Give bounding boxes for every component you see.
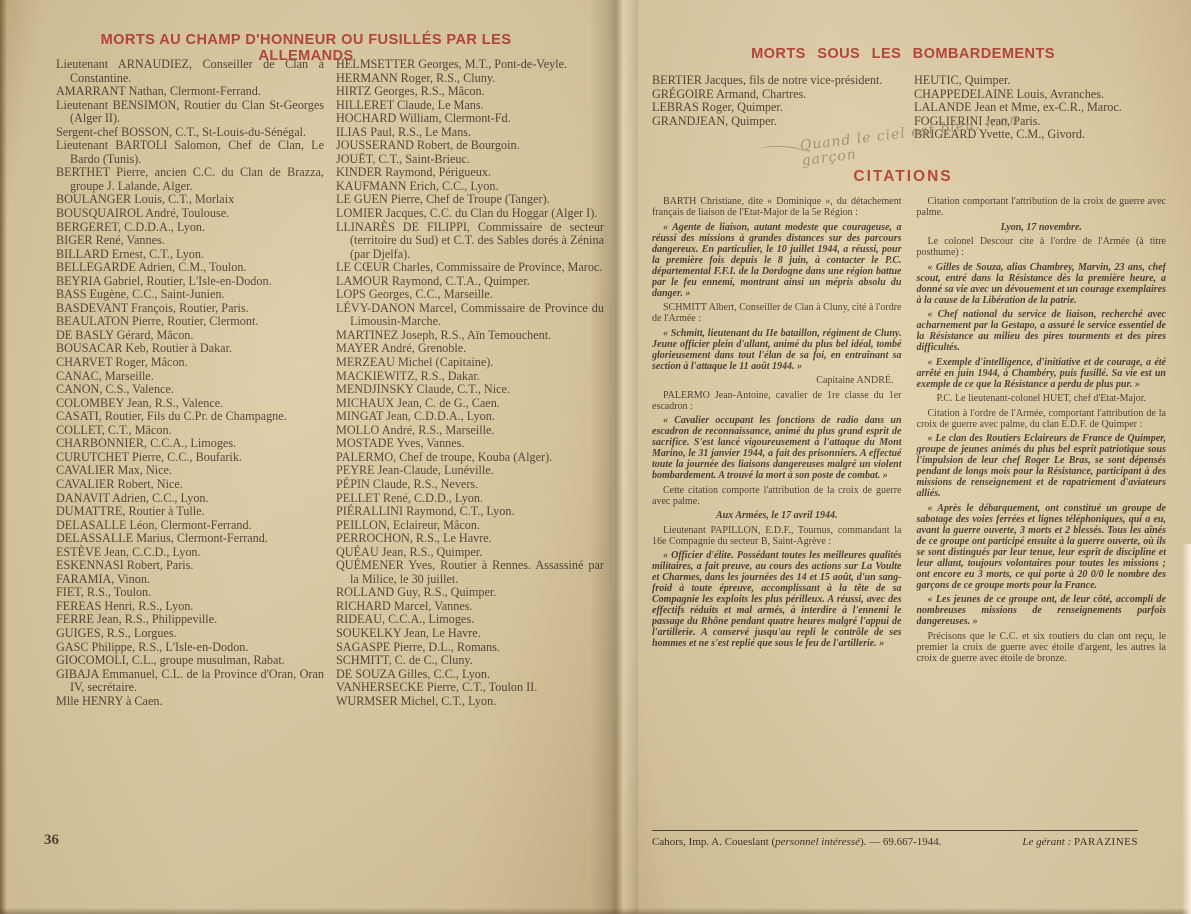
list-item: DE BASLY Gérard, Mâcon. [56,329,324,343]
list-item: Lieutenant BENSIMON, Routier du Clan St-… [56,99,324,126]
list-item: BOUSACAR Keb, Routier à Dakar. [56,342,324,356]
list-item: HELMSETTER Georges, M.T., Pont-de-Veyle. [336,58,604,72]
list-item: CAVALIER Robert, Nice. [56,478,324,492]
citation-paragraph: Précisons que le C.C. et six routiers du… [917,631,1167,664]
citation-paragraph: Capitaine ANDRÉ. [652,375,902,386]
list-item: ESTÈVE Jean, C.C.D., Lyon. [56,546,324,560]
list-item: PEYRE Jean-Claude, Lunéville. [336,464,604,478]
list-item: FIET, R.S., Toulon. [56,586,324,600]
manager-text: Le gérant : PARAZINES [1022,836,1138,848]
list-item: QUÉAU Jean, R.S., Quimper. [336,546,604,560]
citation-paragraph: « Schmitt, lieutenant du IIe bataillon, … [652,328,902,372]
scan-edge-bottom [0,908,1191,914]
memorial-column-2: HELMSETTER Georges, M.T., Pont-de-Veyle.… [336,58,604,708]
memorial-columns: Lieutenant ARNAUDIEZ, Conseiller de Clan… [56,58,604,708]
list-item: MENDJINSKY Claude, C.T., Nice. [336,383,604,397]
citation-paragraph: Lieutenant PAPILLON, E.D.F., Tournus, co… [652,525,902,547]
list-item: MINGAT Jean, C.D.D.A., Lyon. [336,410,604,424]
citation-paragraph: « Les jeunes de ce groupe ont, de leur c… [917,594,1167,627]
citation-paragraph: BARTH Christiane, dite « Dominique », du… [652,196,902,218]
list-item: WURMSER Michel, C.T., Lyon. [336,695,604,709]
list-item: PELLET René, C.D.D., Lyon. [336,492,604,506]
list-item: CANAC, Marseille. [56,370,324,384]
list-item: Mlle HENRY à Caen. [56,695,324,709]
list-item: LLINARÈS DE FILIPPI, Commissaire de sect… [336,221,604,262]
list-item: MICHAUX Jean, C. de G., Caen. [336,397,604,411]
list-item: MOSTADE Yves, Vannes. [336,437,604,451]
list-item: JOUËT, C.T., Saint-Brieuc. [336,153,604,167]
list-item: HIRTZ Georges, R.S., Mâcon. [336,85,604,99]
list-item: BERTIER Jacques, fils de notre vice-prés… [652,74,902,88]
section-title-citations: CITATIONS [650,168,1156,186]
list-item: CANON, C.S., Valence. [56,383,324,397]
list-item: BEAULATON Pierre, Routier, Clermont. [56,315,324,329]
list-item: GRÉGOIRE Armand, Chartres. [652,88,902,102]
list-item: GASC Philippe, R.S., L'Isle-en-Dodon. [56,641,324,655]
list-item: MARTINEZ Joseph, R.S., Aïn Temouchent. [336,329,604,343]
page-title-right: MORTS SOUS LES BOMBARDEMENTS [650,46,1156,62]
scan-edge-right [1182,544,1191,914]
list-item: SAGASPE Pierre, D.L., Romans. [336,641,604,655]
list-item: BOUSQUAIROL André, Toulouse. [56,207,324,221]
list-item: MACKIEWITZ, R.S., Dakar. [336,370,604,384]
list-item: BILLARD Ernest, C.T., Lyon. [56,248,324,262]
citation-paragraph: « Le clan des Routiers Eclaireurs de Fra… [917,433,1167,499]
citation-paragraph: « Agente de liaison, autant modeste que … [652,222,902,299]
citation-paragraph: Cette citation comporte l'attribution de… [652,485,902,507]
citation-paragraph: Citation à l'ordre de l'Armée, comportan… [917,408,1167,430]
list-item: BOULANGER Louis, C.T., Morlaix [56,193,324,207]
list-item: Sergent-chef BOSSON, C.T., St-Louis-du-S… [56,126,324,140]
memorial-column-1: Lieutenant ARNAUDIEZ, Conseiller de Clan… [56,58,324,708]
list-item: FARAMIA, Vinon. [56,573,324,587]
list-item: BASS Eugène, C.C., Saint-Junien. [56,288,324,302]
list-item: BASDEVANT François, Routier, Paris. [56,302,324,316]
scan-edge-left [0,0,7,914]
list-item: PERROCHON, R.S., Le Havre. [336,532,604,546]
list-item: CHARVET Roger, Mâcon. [56,356,324,370]
list-item: LAMOUR Raymond, C.T.A., Quimper. [336,275,604,289]
list-item: FERRE Jean, R.S., Philippeville. [56,613,324,627]
list-item: DELASSALLE Marius, Clermont-Ferrand. [56,532,324,546]
list-item: ESKENNASI Robert, Paris. [56,559,324,573]
citation-paragraph: « Cavalier occupant les fonctions de rad… [652,415,902,481]
list-item: GUIGES, R.S., Lorgues. [56,627,324,641]
list-item: HOCHARD William, Clermont-Fd. [336,112,604,126]
list-item: RIDEAU, C.C.A., Limoges. [336,613,604,627]
list-item: DE SOUZA Gilles, C.C., Lyon. [336,668,604,682]
list-item: BERTHET Pierre, ancien C.C. du Clan de B… [56,166,324,193]
list-item: SCHMITT, C. de C., Cluny. [336,654,604,668]
list-item: HERMANN Roger, R.S., Cluny. [336,72,604,86]
list-item: ILIAS Paul, R.S., Le Mans. [336,126,604,140]
list-item: KAUFMANN Erich, C.C., Lyon. [336,180,604,194]
page-left: MORTS AU CHAMP D'HONNEUR OU FUSILLÉS PAR… [0,0,612,914]
imprint-footer: Cahors, Imp. A. Coueslant (personnel int… [652,830,1138,848]
list-item: CAVALIER Max, Nice. [56,464,324,478]
page-number: 36 [44,832,59,849]
list-item: VANHERSECKE Pierre, C.T., Toulon II. [336,681,604,695]
list-item: KINDER Raymond, Périgueux. [336,166,604,180]
list-item: JOUSSERAND Robert, de Bourgoin. [336,139,604,153]
list-item: GIBAJA Emmanuel, C.L. de la Province d'O… [56,668,324,695]
list-item: CHAPPEDELAINE Louis, Avranches. [914,88,1164,102]
list-item: PIÉRALLINI Raymond, C.T., Lyon. [336,505,604,519]
list-item: MAYER André, Grenoble. [336,342,604,356]
list-item: BERGERET, C.D.D.A., Lyon. [56,221,324,235]
list-item: HEUTIC, Quimper. [914,74,1164,88]
citation-paragraph: « Officier d'élite. Possédant toutes les… [652,550,902,649]
list-item: CHARBONNIER, C.C.A., Limoges. [56,437,324,451]
list-item: QUÉMENER Yves, Routier à Rennes. Assassi… [336,559,604,586]
list-item: COLLET, C.T., Mâcon. [56,424,324,438]
list-item: LE GUEN Pierre, Chef de Troupe (Tanger). [336,193,604,207]
list-item: LÉVY-DANON Marcel, Commissaire de Provin… [336,302,604,329]
citation-paragraph: SCHMITT Albert, Conseiller de Clan à Clu… [652,302,902,324]
citation-paragraph: « Exemple d'intelligence, d'initiative e… [917,357,1167,390]
list-item: SOUKELKY Jean, Le Havre. [336,627,604,641]
list-item: DUMATTRE, Routier à Tulle. [56,505,324,519]
list-item: PÉPIN Claude, R.S., Nevers. [336,478,604,492]
list-item: RICHARD Marcel, Vannes. [336,600,604,614]
list-item: LOPS Georges, C.C., Marseille. [336,288,604,302]
list-item: CASATI, Routier, Fils du C.Pr. de Champa… [56,410,324,424]
citations-column-2: Citation comportant l'attribution de la … [917,196,1167,824]
citation-paragraph: « Gilles de Souza, alias Chambrey, Marvi… [917,262,1167,306]
citations-column-1: BARTH Christiane, dite « Dominique », du… [652,196,902,824]
citation-paragraph: Citation comportant l'attribution de la … [917,196,1167,218]
citation-paragraph: Lyon, 17 novembre. [917,222,1167,233]
citation-paragraph: « Après le débarquement, ont constitué u… [917,503,1167,591]
list-item: GRANDJEAN, Quimper. [652,115,902,129]
list-item: LOMIER Jacques, C.C. du Clan du Hoggar (… [336,207,604,221]
list-item: CURUTCHET Pierre, C.C., Boufarik. [56,451,324,465]
citation-paragraph: Aux Armées, le 17 avril 1944. [652,510,902,521]
list-item: LEBRAS Roger, Quimper. [652,101,902,115]
list-item: HILLERET Claude, Le Mans. [336,99,604,113]
list-item: ROLLAND Guy, R.S., Quimper. [336,586,604,600]
citation-paragraph: « Chef national du service de liaison, r… [917,309,1167,353]
list-item: BIGER René, Vannes. [56,234,324,248]
list-item: DANAVIT Adrien, C.C., Lyon. [56,492,324,506]
list-item: DELASALLE Léon, Clermont-Ferrand. [56,519,324,533]
list-item: Lieutenant BARTOLI Salomon, Chef de Clan… [56,139,324,166]
citation-paragraph: Le colonel Descour cite à l'ordre de l'A… [917,236,1167,258]
list-item: BEYRIA Gabriel, Routier, L'Isle-en-Dodon… [56,275,324,289]
list-item: MOLLO André, R.S., Marseille. [336,424,604,438]
list-item: FEREAS Henri, R.S., Lyon. [56,600,324,614]
list-item: COLOMBEY Jean, R.S., Valence. [56,397,324,411]
imprint-text: Cahors, Imp. A. Coueslant (personnel int… [652,836,942,848]
list-item: Lieutenant ARNAUDIEZ, Conseiller de Clan… [56,58,324,85]
page-right: MORTS SOUS LES BOMBARDEMENTS BERTIER Jac… [612,0,1191,914]
citation-paragraph: P.C. Le lieutenant-colonel HUET, chef d'… [917,393,1167,404]
list-item: GIOCOMOLI, C.L., groupe musulman, Rabat. [56,654,324,668]
citations-columns: BARTH Christiane, dite « Dominique », du… [652,196,1166,824]
citation-paragraph: PALERMO Jean-Antoine, cavalier de 1re cl… [652,390,902,412]
list-item: BELLEGARDE Adrien, C.M., Toulon. [56,261,324,275]
list-item: MERZEAU Michel (Capitaine). [336,356,604,370]
list-item: LE CŒUR Charles, Commissaire de Province… [336,261,604,275]
list-item: PALERMO, Chef de troupe, Kouba (Alger). [336,451,604,465]
list-item: AMARRANT Nathan, Clermont-Ferrand. [56,85,324,99]
list-item: PEILLON, Eclaireur, Mâcon. [336,519,604,533]
